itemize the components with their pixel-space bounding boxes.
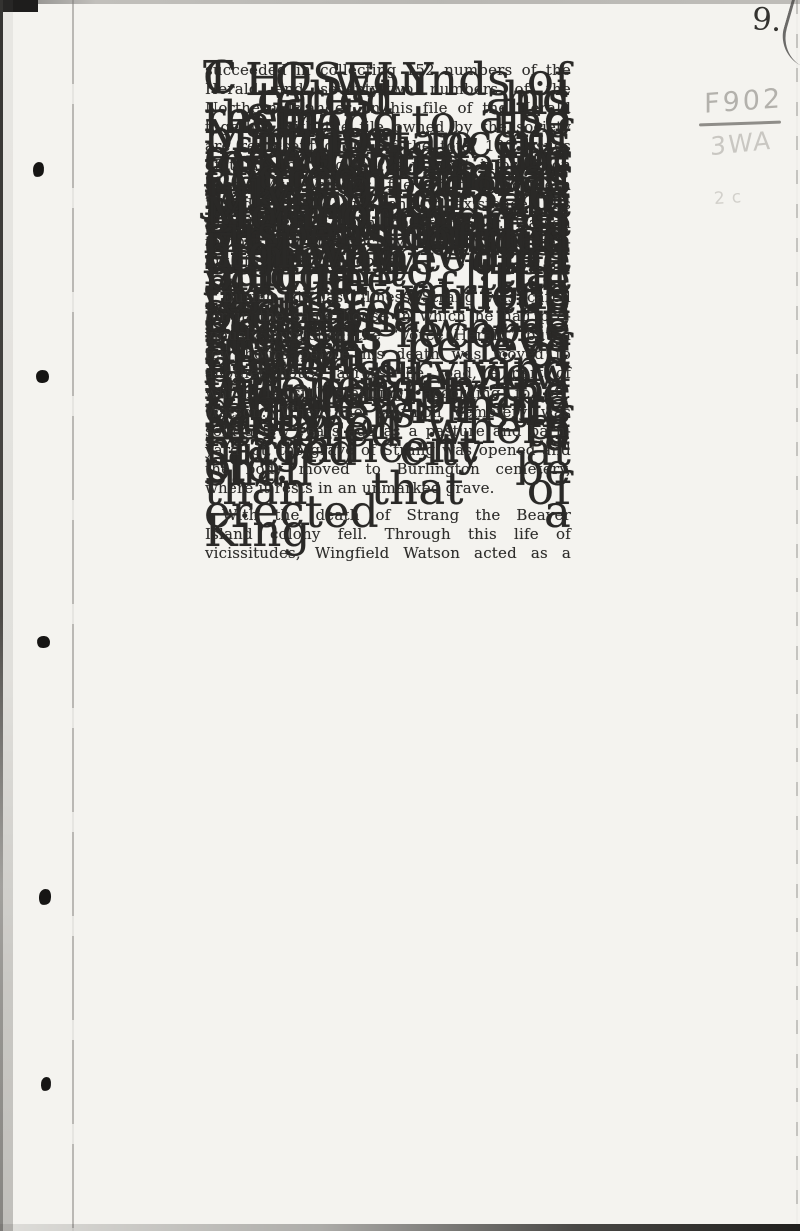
text-line: which is still standing, according to Mr…: [205, 384, 571, 403]
scan-edge-right: [796, 0, 798, 1231]
scanned-page: 9. F902 3WA 2c succeeded in collecting 1…: [0, 0, 800, 1231]
paragraph: THE wounds of Strang proved fatal. Hecal…: [204, 59, 571, 250]
page-number: 9.: [751, 1, 783, 39]
text-line: Island colony fell. Through this life of: [205, 525, 571, 544]
paragraph: During his last illness Strang was cared…: [205, 288, 571, 498]
text-line: yard lot, the grave of Strang was opened…: [205, 441, 571, 460]
page-fold-line: [72, 0, 74, 1231]
pencil-faint-mark: 2c: [713, 187, 748, 209]
ink-blot: [36, 635, 51, 649]
text-line: vicissitudes, Wingfield Watson acted as …: [205, 544, 571, 563]
text-line: With the death of Strang the Beaver: [205, 506, 571, 525]
ink-blot: [35, 369, 50, 384]
drop-cap: T: [203, 57, 233, 99]
text-line: During his last illness Strang was cared: [205, 288, 571, 307]
text-line: where it rests in an unmarked grave.: [205, 479, 571, 498]
text-line: for in the same house in which he had pr…: [205, 307, 571, 326]
ink-blot: [32, 161, 45, 177]
ink-blot: [38, 888, 52, 906]
scan-edge-top: [0, 0, 800, 4]
scan-edge-left-line: [0, 0, 3, 1231]
pencil-collection-mark: 3WA: [710, 126, 772, 162]
text-line: few hours before his death was moved to: [205, 345, 571, 364]
text-line: Watson. When the Mormon cemetery was: [205, 403, 571, 422]
paragraph: With the death of Strang the BeaverIslan…: [205, 506, 571, 563]
text-line: sold a few years ago as a pasture and ba…: [205, 422, 571, 441]
text-line: viously published the “Voree Herald” but…: [205, 326, 571, 345]
ink-blot: [40, 1076, 52, 1091]
text-line: another house across the road, a part of: [205, 364, 571, 383]
text-line: the body moved to Burlington cemetery,: [205, 460, 571, 479]
article-column: succeeded in collecting 152 numbers of t…: [205, 61, 571, 563]
pencil-call-number: F902: [704, 83, 783, 120]
scan-edge-bottom: [0, 1224, 800, 1231]
